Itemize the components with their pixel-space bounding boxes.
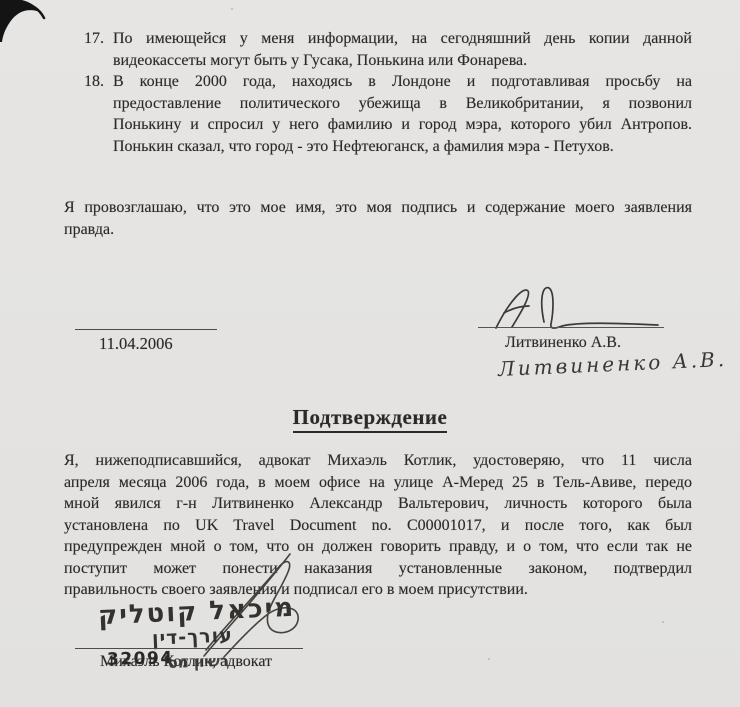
declaration-line: правда. [64,219,692,241]
statement-item-17: 17. По имеющейся у меня информации, на с… [84,28,692,71]
lawyer-name-typed: Михаэль Котлик, адвокат [100,651,272,673]
scan-speck [231,8,233,10]
item-text-line: В конце 2000 года, находясь в Лондоне и … [113,71,692,93]
item-number: 17. [84,28,113,71]
confirmation-heading: Подтверждение [293,405,448,433]
confirmation-line: правильность своего заявления и подписал… [64,579,692,601]
scan-speck [662,621,664,623]
date-block: 11.04.2006 [75,329,225,355]
item-text-line: предоставление политического убежища в В… [113,93,692,115]
confirmation-line: мной явился г-н Литвиненко Александр Вал… [64,493,692,515]
scanned-document-page: 17. По имеющейся у меня информации, на с… [0,0,740,707]
signatory-name-typed: Литвиненко А.В. [505,332,621,354]
signature-scribble-icon [486,280,666,332]
item-text-line: видеокассеты могут быть у Гусака, Поньки… [113,50,692,72]
statement-list: 17. По имеющейся у меня информации, на с… [84,28,692,157]
item-text-line: По имеющейся у меня информации, на сегод… [113,28,692,50]
item-text-line: Понькин сказал, что город - это Нефтеюга… [113,136,692,158]
lawyer-signature-rule [75,648,303,649]
statement-item-18: 18. В конце 2000 года, находясь в Лондон… [84,71,692,157]
item-text-line: Понькину и спросил у него фамилию и горо… [113,114,692,136]
confirmation-line: апреля месяца 2006 года, в моем офисе на… [64,472,692,494]
confirmation-line: поступит может понести наказания установ… [64,558,692,580]
confirmation-line: Я, нижеподписавшийся, адвокат Михаэль Ко… [64,450,692,472]
confirmation-line: предупрежден мной о том, что он должен г… [64,536,692,558]
confirmation-paragraph: Я, нижеподписавшийся, адвокат Михаэль Ко… [64,450,692,601]
stamp-license-label: רשיון מס' [163,652,230,672]
confirmation-line: установлена по UK Travel Document no. C0… [64,515,692,537]
declaration-paragraph: Я провозглашаю, что это мое имя, это моя… [64,197,692,240]
date-value: 11.04.2006 [75,330,225,355]
scan-corner-artifact [0,0,60,60]
declaration-line: Я провозглашаю, что это мое имя, это моя… [64,197,692,219]
confirmation-heading-wrap: Подтверждение [0,405,740,433]
stamp-license-number: 32094 [107,648,174,670]
scan-speck [488,658,490,660]
signature-rule [478,327,664,328]
item-number: 18. [84,71,113,157]
stamp-title-hebrew: עורך-דין [152,624,234,650]
